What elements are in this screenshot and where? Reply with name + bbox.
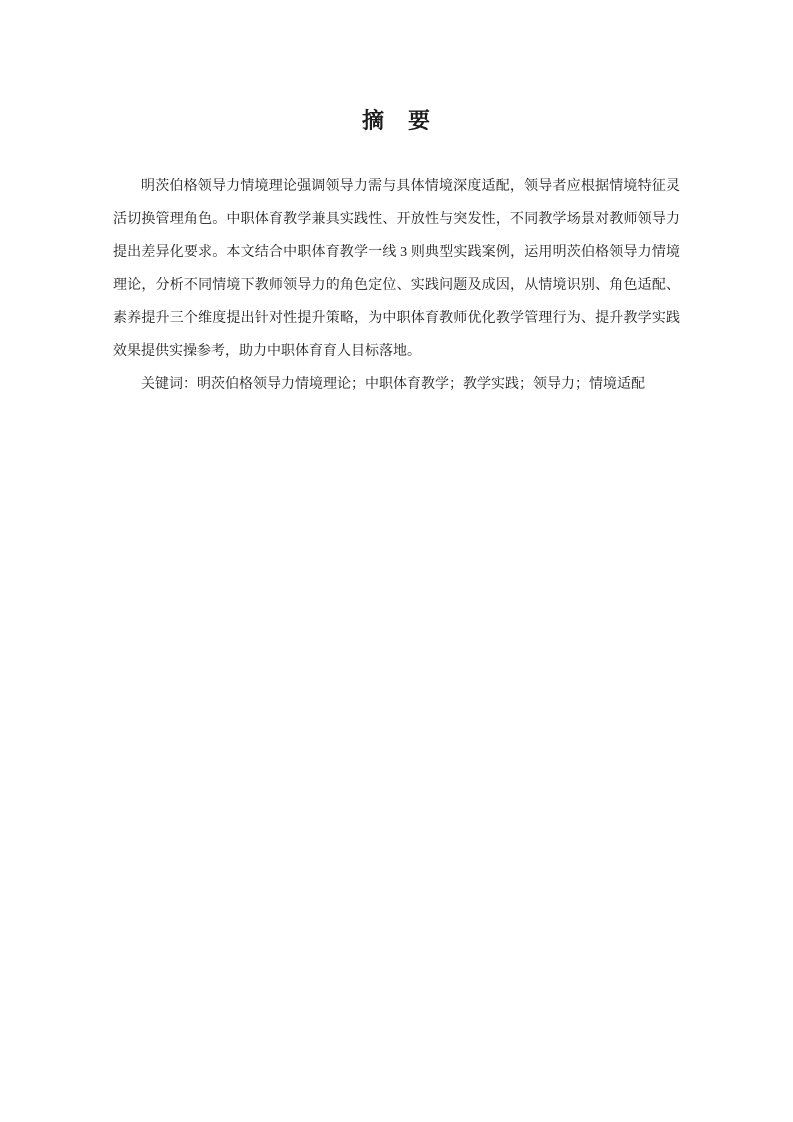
abstract-line: 效果提供实操参考，助力中职体育育人目标落地。 (113, 335, 680, 368)
document-page: 摘 要 明茨伯格领导力情境理论强调领导力需与具体情境深度适配，领导者应根据情境特… (0, 0, 793, 1122)
abstract-line: 提出差异化要求。本文结合中职体育教学一线 3 则典型实践案例，运用明茨伯格领导力… (113, 236, 680, 269)
abstract-line: 活切换管理角色。中职体育教学兼具实践性、开放性与突发性，不同教学场景对教师领导力 (113, 203, 680, 236)
abstract-line: 明茨伯格领导力情境理论强调领导力需与具体情境深度适配，领导者应根据情境特征灵 (113, 170, 680, 203)
abstract-line: 理论，分析不同情境下教师领导力的角色定位、实践问题及成因，从情境识别、角色适配、 (113, 269, 680, 302)
page-title: 摘 要 (113, 103, 680, 138)
abstract-paragraph: 明茨伯格领导力情境理论强调领导力需与具体情境深度适配，领导者应根据情境特征灵 活… (113, 170, 680, 401)
abstract-line: 素养提升三个维度提出针对性提升策略，为中职体育教师优化教学管理行为、提升教学实践 (113, 302, 680, 335)
keywords-line: 关键词：明茨伯格领导力情境理论；中职体育教学；教学实践；领导力；情境适配 (113, 368, 680, 401)
